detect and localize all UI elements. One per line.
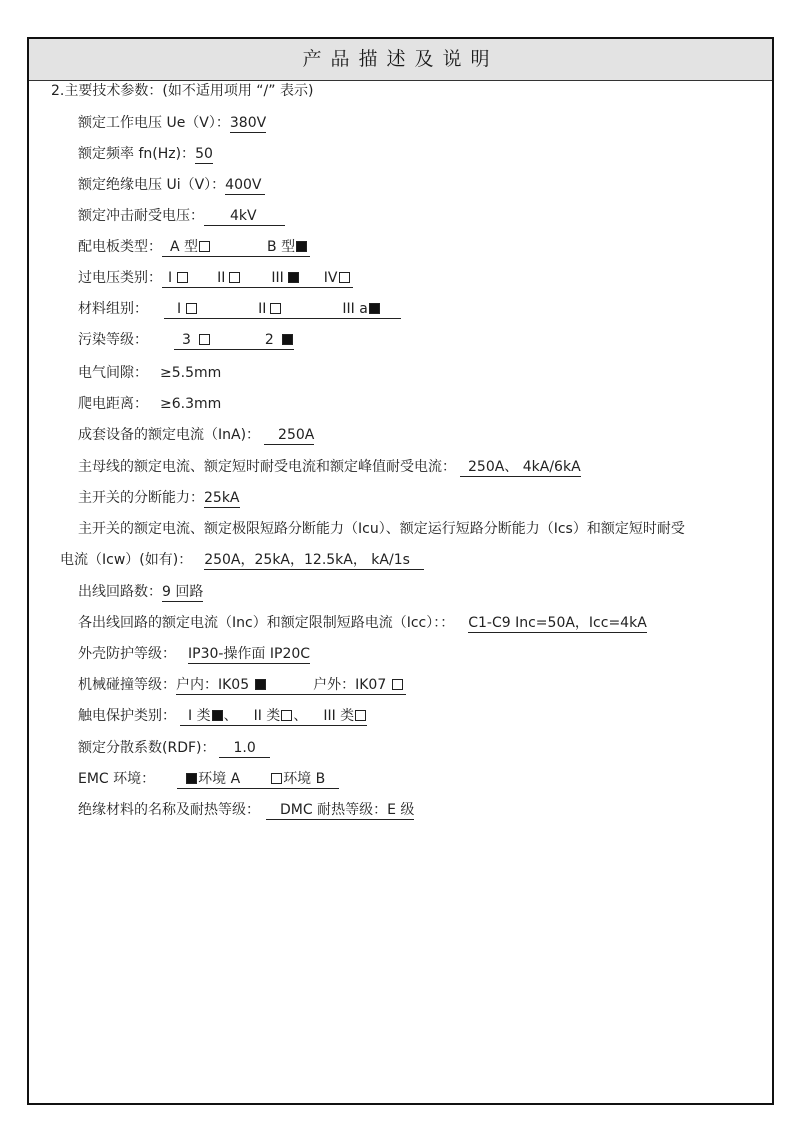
param-label: 额定频率 fn(Hz)： — [78, 146, 195, 162]
param-enclosure-protection: 外壳防护等级：IP30-操作面 IP20C — [78, 645, 310, 664]
option-label: 户内：IK05 — [176, 677, 249, 693]
checkbox-class-i[interactable] — [212, 710, 223, 721]
param-label: 爬电距离： — [78, 396, 148, 412]
param-value: 400V — [225, 177, 265, 195]
param-label: 各出线回路的额定电流（Inc）和额定限制短路电流（Icc）：： — [78, 615, 454, 631]
param-insulation-material: 绝缘材料的名称及耐热等级：DMC 耐热等级：E 级 — [78, 801, 414, 820]
param-clearance: 电气间隙：≥5.5mm — [78, 364, 221, 382]
header-band: 产品描述及说明 — [29, 39, 772, 81]
separator: 、 — [224, 708, 238, 724]
param-label: 材料组别： — [78, 301, 148, 317]
param-value: ≥6.3mm — [160, 396, 221, 412]
param-creepage: 爬电距离：≥6.3mm — [78, 395, 221, 413]
param-label: 主开关的分断能力： — [78, 490, 204, 506]
option-label: I — [177, 301, 181, 317]
param-diversity-factor: 额定分散系数(RDF)：1.0 — [78, 739, 270, 758]
option-label: II — [217, 270, 225, 286]
param-overvoltage-category: 过电压类别： IIIIIIIV — [78, 269, 353, 288]
checkbox-pollution-3[interactable] — [199, 334, 210, 345]
param-label: 绝缘材料的名称及耐热等级： — [78, 802, 260, 818]
section-heading: 2.主要技术参数：(如不适用项用 “/” 表示) — [51, 82, 313, 100]
param-label: 额定工作电压 Ue（V）： — [78, 115, 230, 131]
param-label: 电流（Icw）(如有)： — [60, 552, 192, 568]
option-label: 2 — [265, 332, 274, 348]
param-label: 电气间隙： — [78, 365, 148, 381]
option-label: III 类 — [323, 708, 354, 724]
param-label: 额定分散系数(RDF)： — [78, 740, 215, 756]
checkbox-indoor-ik05[interactable] — [255, 679, 266, 690]
option-a-label: A 型 — [170, 239, 198, 255]
param-material-group: 材料组别： IIIIII a — [78, 300, 401, 319]
param-label: 额定绝缘电压 Ui（V）： — [78, 177, 225, 193]
option-b-label: B 型 — [267, 239, 295, 255]
param-label: 机械碰撞等级： — [78, 677, 176, 693]
option-label: 环境 A — [198, 771, 240, 787]
param-value: DMC 耐热等级：E 级 — [266, 802, 414, 820]
param-value: 1.0 — [219, 740, 269, 758]
param-label: EMC 环境： — [78, 771, 155, 787]
param-label: 配电板类型： — [78, 239, 162, 255]
param-label: 额定冲击耐受电压： — [78, 208, 204, 224]
param-main-switch-ratings-line1: 主开关的额定电流、额定极限短路分断能力（Icu）、额定运行短路分断能力（Ics）… — [78, 520, 685, 538]
param-pollution-degree: 污染等级： 32 — [78, 331, 294, 350]
param-assembly-current: 成套设备的额定电流（InA)：250A — [78, 426, 314, 445]
param-rated-frequency: 额定频率 fn(Hz)：50 — [78, 145, 213, 164]
option-label: II — [258, 301, 266, 317]
option-label: III a — [342, 301, 367, 317]
checkbox-group-iiia[interactable] — [369, 303, 380, 314]
checkbox-group-i[interactable] — [186, 303, 197, 314]
param-value: ≥5.5mm — [160, 365, 221, 381]
checkbox-pollution-2[interactable] — [282, 334, 293, 345]
option-label: I 类 — [188, 708, 211, 724]
param-value: 250A — [264, 427, 314, 445]
param-main-switch-breaking: 主开关的分断能力：25kA — [78, 489, 240, 508]
param-label: 成套设备的额定电流（InA)： — [78, 427, 260, 443]
param-emc-environment: EMC 环境： 环境 A环境 B — [78, 770, 339, 789]
param-value: IP30-操作面 IP20C — [188, 646, 310, 664]
param-value: 250A、 4kA/6kA — [460, 459, 581, 477]
page-title: 产品描述及说明 — [29, 39, 772, 80]
param-insulation-voltage: 额定绝缘电压 Ui（V）：400V — [78, 176, 265, 195]
option-label: III — [271, 270, 283, 286]
param-label: 主母线的额定电流、额定短时耐受电流和额定峰值耐受电流： — [78, 459, 456, 475]
separator: 、 — [293, 708, 307, 724]
option-label: IV — [324, 270, 338, 286]
param-label: 触电保护类别： — [78, 708, 176, 724]
checkbox-class-iii[interactable] — [355, 710, 366, 721]
param-impact-rating: 机械碰撞等级： 户内：IK05户外：IK07 — [78, 676, 406, 695]
checkbox-cat-i[interactable] — [177, 272, 188, 283]
option-label: 户外：IK07 — [313, 677, 386, 693]
param-label: 出线回路数： — [78, 584, 162, 600]
checkbox-cat-iii[interactable] — [288, 272, 299, 283]
checkbox-env-a[interactable] — [186, 773, 197, 784]
param-label: 过电压类别： — [78, 270, 162, 286]
checkbox-a-type[interactable] — [199, 241, 210, 252]
option-label: 3 — [182, 332, 191, 348]
param-value: 4kV — [204, 208, 285, 226]
param-board-type: 配电板类型： A 型B 型 — [78, 238, 310, 257]
param-value: C1-C9 Inc=50A，Icc=4kA — [468, 615, 647, 633]
param-value: 9 回路 — [162, 584, 203, 602]
param-busbar-ratings: 主母线的额定电流、额定短时耐受电流和额定峰值耐受电流：250A、 4kA/6kA — [78, 458, 581, 477]
option-label: II 类 — [254, 708, 281, 724]
param-outgoing-circuits: 出线回路数：9 回路 — [78, 583, 203, 602]
param-rated-voltage: 额定工作电压 Ue（V）：380V — [78, 114, 266, 133]
option-label: 环境 B — [283, 771, 325, 787]
param-label: 污染等级： — [78, 332, 148, 348]
param-shock-protection: 触电保护类别： I 类、II 类、III 类 — [78, 707, 367, 726]
param-value: 250A，25kA，12.5kA， kA/1s — [204, 552, 424, 570]
checkbox-env-b[interactable] — [271, 773, 282, 784]
document-frame: 产品描述及说明 — [27, 37, 774, 1105]
param-value: 380V — [230, 115, 266, 133]
checkbox-class-ii[interactable] — [281, 710, 292, 721]
param-value: 25kA — [204, 490, 240, 508]
param-label: 外壳防护等级： — [78, 646, 176, 662]
param-value: 50 — [195, 146, 213, 164]
checkbox-b-type[interactable] — [296, 241, 307, 252]
checkbox-cat-iv[interactable] — [339, 272, 350, 283]
option-label: I — [168, 270, 172, 286]
param-outgoing-ratings: 各出线回路的额定电流（Inc）和额定限制短路电流（Icc）：：C1-C9 Inc… — [78, 614, 647, 633]
checkbox-cat-ii[interactable] — [229, 272, 240, 283]
checkbox-group-ii[interactable] — [270, 303, 281, 314]
checkbox-outdoor-ik07[interactable] — [392, 679, 403, 690]
param-impulse-voltage: 额定冲击耐受电压：4kV — [78, 207, 285, 226]
param-main-switch-ratings-line2: 电流（Icw）(如有)：250A，25kA，12.5kA， kA/1s — [60, 551, 424, 570]
